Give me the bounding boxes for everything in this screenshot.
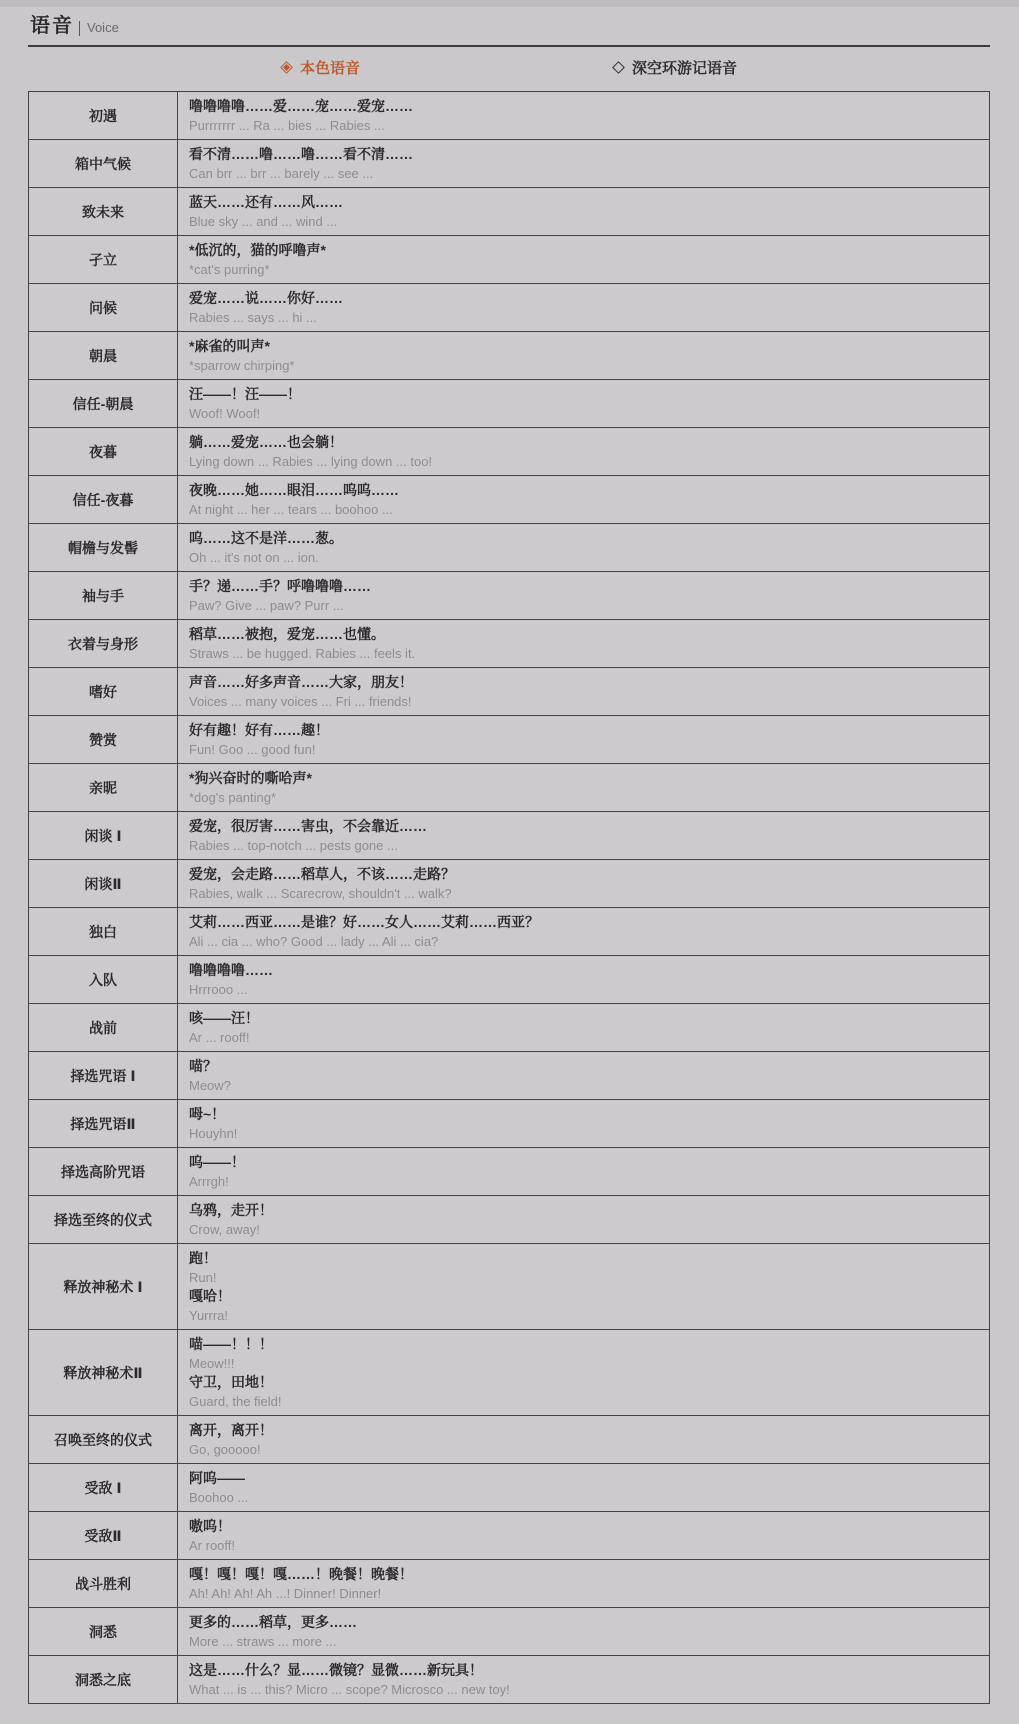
voice-line-text-en: Ah! Ah! Ah! Ah ...! Dinner! Dinner!	[189, 1584, 977, 1603]
voice-line-text-en: Run!	[189, 1268, 977, 1287]
table-row: 信任-夜暮夜晚……她……眼泪……呜呜……At night ... her ...…	[29, 476, 990, 524]
tab-original-voice[interactable]: 本色语音	[280, 57, 360, 78]
voice-table-body: 初遇噜噜噜噜……爱……宠……爱宠……Purrrrrrr ... Ra ... b…	[29, 92, 990, 1704]
table-row: 朝晨*麻雀的叫声**sparrow chirping*	[29, 332, 990, 380]
voice-line-text-en: Ali ... cia ... who? Good ... lady ... A…	[189, 932, 977, 951]
voice-line-name: 召唤至终的仪式	[29, 1416, 178, 1464]
voice-line-content: *狗兴奋时的嘶哈声**dog's panting*	[178, 764, 990, 812]
voice-line-text-en: Lying down ... Rabies ... lying down ...…	[189, 452, 977, 471]
voice-line-text-en: Ar rooff!	[189, 1536, 977, 1555]
voice-line-name: 闲谈 Ⅰ	[29, 812, 178, 860]
voice-line-text-cn: 更多的……稻草，更多……	[189, 1613, 977, 1632]
voice-line-content: 嗷呜！Ar rooff!	[178, 1512, 990, 1560]
voice-tab-bar: 本色语音 深空环游记语音	[28, 57, 990, 78]
table-row: 嗜好声音……好多声音……大家，朋友！Voices ... many voices…	[29, 668, 990, 716]
page-title-cn: 语音	[30, 15, 74, 37]
voice-line-text-cn: 爱宠，很厉害……害虫，不会靠近……	[189, 817, 977, 836]
voice-line-text-cn: 噜噜噜噜……爱……宠……爱宠……	[189, 97, 977, 116]
voice-line-name: 问候	[29, 284, 178, 332]
voice-line-content: 爱宠，会走路……稻草人，不该……走路？Rabies, walk ... Scar…	[178, 860, 990, 908]
voice-line-name: 独白	[29, 908, 178, 956]
voice-line-content: 稻草……被抱，爱宠……也懂。Straws ... be hugged. Rabi…	[178, 620, 990, 668]
table-row: 致未来蓝天……还有……风……Blue sky ... and ... wind …	[29, 188, 990, 236]
voice-line-text-cn: 稻草……被抱，爱宠……也懂。	[189, 625, 977, 644]
table-row: 帽檐与发髻呜……这不是洋……葱。Oh ... it's not on ... i…	[29, 524, 990, 572]
table-row: 择选咒语 Ⅰ喵？Meow?	[29, 1052, 990, 1100]
voice-line-text-cn: *狗兴奋时的嘶哈声*	[189, 769, 977, 788]
table-row: 释放神秘术Ⅱ喵——！！！Meow!!!守卫，田地！Guard, the fiel…	[29, 1330, 990, 1416]
voice-line-content: 爱宠，很厉害……害虫，不会靠近……Rabies ... top-notch ..…	[178, 812, 990, 860]
table-row: 战斗胜利嘎！嘎！嘎！嘎……！晚餐！晚餐！Ah! Ah! Ah! Ah ...! …	[29, 1560, 990, 1608]
page-title: 语音 Voice	[28, 15, 990, 47]
voice-line-name: 释放神秘术Ⅱ	[29, 1330, 178, 1416]
voice-line-name: 致未来	[29, 188, 178, 236]
voice-line-name: 初遇	[29, 92, 178, 140]
voice-line-text-en: Blue sky ... and ... wind ...	[189, 212, 977, 231]
voice-line-text-en: Crow, away!	[189, 1220, 977, 1239]
voice-line-text-cn: 喵？	[189, 1057, 977, 1076]
voice-line-text-cn: 呣~！	[189, 1105, 977, 1124]
voice-line-name: 嗜好	[29, 668, 178, 716]
voice-line-name: 夜暮	[29, 428, 178, 476]
title-divider	[79, 21, 80, 36]
voice-line-text-en: Yurrra!	[189, 1306, 977, 1325]
voice-line-name: 战前	[29, 1004, 178, 1052]
table-row: 衣着与身形稻草……被抱，爱宠……也懂。Straws ... be hugged.…	[29, 620, 990, 668]
page-title-en: Voice	[87, 20, 119, 35]
voice-line-text-cn: 爱宠……说……你好……	[189, 289, 977, 308]
voice-line-content: 噜噜噜噜……Hrrrooo ...	[178, 956, 990, 1004]
voice-line-content: 更多的……稻草，更多……More ... straws ... more ...	[178, 1608, 990, 1656]
table-row: 择选高阶咒语呜——！Arrrgh!	[29, 1148, 990, 1196]
diamond-filled-icon	[280, 61, 293, 74]
voice-line-name: 受敌Ⅱ	[29, 1512, 178, 1560]
voice-line-text-en: Straws ... be hugged. Rabies ... feels i…	[189, 644, 977, 663]
voice-line-text-cn: 阿呜——	[189, 1469, 977, 1488]
voice-line-name: 洞悉之底	[29, 1656, 178, 1704]
voice-line-text-en: Ar ... rooff!	[189, 1028, 977, 1047]
voice-line-name: 择选高阶咒语	[29, 1148, 178, 1196]
voice-line-content: 躺……爱宠……也会躺！Lying down ... Rabies ... lyi…	[178, 428, 990, 476]
voice-line-content: 喵——！！！Meow!!!守卫，田地！Guard, the field!	[178, 1330, 990, 1416]
voice-line-text-cn: *麻雀的叫声*	[189, 337, 977, 356]
voice-line-name: 朝晨	[29, 332, 178, 380]
voice-line-text-en: At night ... her ... tears ... boohoo ..…	[189, 500, 977, 519]
voice-line-content: 喵？Meow?	[178, 1052, 990, 1100]
voice-line-name: 洞悉	[29, 1608, 178, 1656]
table-row: 洞悉之底这是……什么？显……微镜？显微……新玩具！What ... is ...…	[29, 1656, 990, 1704]
voice-line-text-en: Hrrrooo ...	[189, 980, 977, 999]
table-row: 战前咳——汪！Ar ... rooff!	[29, 1004, 990, 1052]
voice-line-text-en: More ... straws ... more ...	[189, 1632, 977, 1651]
voice-line-content: 呜……这不是洋……葱。Oh ... it's not on ... ion.	[178, 524, 990, 572]
table-row: 初遇噜噜噜噜……爱……宠……爱宠……Purrrrrrr ... Ra ... b…	[29, 92, 990, 140]
voice-line-content: 呜——！Arrrgh!	[178, 1148, 990, 1196]
voice-line-name: 信任-朝晨	[29, 380, 178, 428]
voice-line-name: 箱中气候	[29, 140, 178, 188]
voice-line-text-cn: 手？递……手？呼噜噜噜……	[189, 577, 977, 596]
voice-line-text-cn: 蓝天……还有……风……	[189, 193, 977, 212]
voice-line-text-en: Purrrrrrr ... Ra ... bies ... Rabies ...	[189, 116, 977, 135]
voice-line-text-cn: 守卫，田地！	[189, 1373, 977, 1392]
voice-line-text-cn: 看不清……噜……噜……看不清……	[189, 145, 977, 164]
voice-line-text-en: *cat's purring*	[189, 260, 977, 279]
voice-line-content: 离开，离开！Go, gooooo!	[178, 1416, 990, 1464]
voice-line-content: 咳——汪！Ar ... rooff!	[178, 1004, 990, 1052]
voice-table: 初遇噜噜噜噜……爱……宠……爱宠……Purrrrrrr ... Ra ... b…	[28, 91, 990, 1704]
voice-line-content: 爱宠……说……你好……Rabies ... says ... hi ...	[178, 284, 990, 332]
voice-line-content: 这是……什么？显……微镜？显微……新玩具！What ... is ... thi…	[178, 1656, 990, 1704]
voice-line-text-cn: 呜……这不是洋……葱。	[189, 529, 977, 548]
voice-line-content: 艾莉……西亚……是谁？好……女人……艾莉……西亚？Ali ... cia ...…	[178, 908, 990, 956]
table-row: 择选咒语Ⅱ呣~！Houyhn!	[29, 1100, 990, 1148]
tab-original-voice-label: 本色语音	[300, 57, 360, 78]
table-row: 洞悉更多的……稻草，更多……More ... straws ... more .…	[29, 1608, 990, 1656]
voice-line-text-en: Fun! Goo ... good fun!	[189, 740, 977, 759]
voice-line-text-cn: 喵——！！！	[189, 1335, 977, 1354]
table-row: 受敌 Ⅰ阿呜——Boohoo ...	[29, 1464, 990, 1512]
voice-line-content: 噜噜噜噜……爱……宠……爱宠……Purrrrrrr ... Ra ... bie…	[178, 92, 990, 140]
voice-line-text-en: Rabies ... says ... hi ...	[189, 308, 977, 327]
table-row: 袖与手手？递……手？呼噜噜噜……Paw? Give ... paw? Purr …	[29, 572, 990, 620]
table-row: 独白艾莉……西亚……是谁？好……女人……艾莉……西亚？Ali ... cia .…	[29, 908, 990, 956]
voice-line-text-en: Voices ... many voices ... Fri ... frien…	[189, 692, 977, 711]
voice-line-name: 闲谈Ⅱ	[29, 860, 178, 908]
voice-line-name: 孑立	[29, 236, 178, 284]
voice-line-text-cn: 离开，离开！	[189, 1421, 977, 1440]
voice-line-name: 择选咒语 Ⅰ	[29, 1052, 178, 1100]
voice-line-content: 看不清……噜……噜……看不清……Can brr ... brr ... bare…	[178, 140, 990, 188]
table-row: 受敌Ⅱ嗷呜！Ar rooff!	[29, 1512, 990, 1560]
voice-line-text-cn: *低沉的，猫的呼噜声*	[189, 241, 977, 260]
table-row: 信任-朝晨汪——！汪——！Woof! Woof!	[29, 380, 990, 428]
voice-line-text-cn: 艾莉……西亚……是谁？好……女人……艾莉……西亚？	[189, 913, 977, 932]
voice-line-name: 战斗胜利	[29, 1560, 178, 1608]
voice-line-name: 择选至终的仪式	[29, 1196, 178, 1244]
voice-line-text-cn: 汪——！汪——！	[189, 385, 977, 404]
voice-line-text-cn: 声音……好多声音……大家，朋友！	[189, 673, 977, 692]
table-row: 问候爱宠……说……你好……Rabies ... says ... hi ...	[29, 284, 990, 332]
voice-line-text-en: *dog's panting*	[189, 788, 977, 807]
voice-line-text-cn: 夜晚……她……眼泪……呜呜……	[189, 481, 977, 500]
voice-page: 语音 Voice 本色语音 深空环游记语音 初遇噜噜噜噜……爱……宠……爱宠………	[0, 7, 1019, 1724]
table-row: 闲谈 Ⅰ爱宠，很厉害……害虫，不会靠近……Rabies ... top-notc…	[29, 812, 990, 860]
voice-line-name: 择选咒语Ⅱ	[29, 1100, 178, 1148]
voice-line-name: 赞赏	[29, 716, 178, 764]
voice-line-name: 亲昵	[29, 764, 178, 812]
voice-line-name: 入队	[29, 956, 178, 1004]
voice-line-text-en: Guard, the field!	[189, 1392, 977, 1411]
voice-line-text-cn: 这是……什么？显……微镜？显微……新玩具！	[189, 1661, 977, 1680]
voice-line-content: 手？递……手？呼噜噜噜……Paw? Give ... paw? Purr ...	[178, 572, 990, 620]
voice-line-content: 声音……好多声音……大家，朋友！Voices ... many voices .…	[178, 668, 990, 716]
voice-line-name: 信任-夜暮	[29, 476, 178, 524]
voice-line-content: 夜晚……她……眼泪……呜呜……At night ... her ... tear…	[178, 476, 990, 524]
voice-line-content: 跑！Run!嘎哈！Yurrra!	[178, 1244, 990, 1330]
voice-line-content: 阿呜——Boohoo ...	[178, 1464, 990, 1512]
voice-line-text-en: Oh ... it's not on ... ion.	[189, 548, 977, 567]
tab-event-voice-label: 深空环游记语音	[632, 57, 737, 78]
voice-line-text-en: Paw? Give ... paw? Purr ...	[189, 596, 977, 615]
voice-line-content: 呣~！Houyhn!	[178, 1100, 990, 1148]
table-row: 箱中气候看不清……噜……噜……看不清……Can brr ... brr ... …	[29, 140, 990, 188]
voice-line-text-en: What ... is ... this? Micro ... scope? M…	[189, 1680, 977, 1699]
voice-line-text-en: Meow?	[189, 1076, 977, 1095]
voice-line-name: 释放神秘术 Ⅰ	[29, 1244, 178, 1330]
table-row: 赞赏好有趣！好有……趣！Fun! Goo ... good fun!	[29, 716, 990, 764]
voice-line-content: 乌鸦，走开！Crow, away!	[178, 1196, 990, 1244]
voice-line-content: 汪——！汪——！Woof! Woof!	[178, 380, 990, 428]
voice-line-text-cn: 呜——！	[189, 1153, 977, 1172]
voice-line-text-cn: 嘎！嘎！嘎！嘎……！晚餐！晚餐！	[189, 1565, 977, 1584]
voice-line-name: 帽檐与发髻	[29, 524, 178, 572]
voice-line-name: 受敌 Ⅰ	[29, 1464, 178, 1512]
voice-line-text-cn: 咳——汪！	[189, 1009, 977, 1028]
table-row: 闲谈Ⅱ爱宠，会走路……稻草人，不该……走路？Rabies, walk ... S…	[29, 860, 990, 908]
table-row: 夜暮躺……爱宠……也会躺！Lying down ... Rabies ... l…	[29, 428, 990, 476]
voice-line-name: 衣着与身形	[29, 620, 178, 668]
voice-line-content: *低沉的，猫的呼噜声**cat's purring*	[178, 236, 990, 284]
diamond-hollow-icon	[612, 61, 625, 74]
voice-line-text-en: Woof! Woof!	[189, 404, 977, 423]
voice-line-text-en: Arrrgh!	[189, 1172, 977, 1191]
voice-line-text-cn: 跑！	[189, 1249, 977, 1268]
voice-line-text-en: Meow!!!	[189, 1354, 977, 1373]
voice-line-content: 蓝天……还有……风……Blue sky ... and ... wind ...	[178, 188, 990, 236]
tab-event-voice[interactable]: 深空环游记语音	[612, 57, 737, 78]
voice-line-text-cn: 好有趣！好有……趣！	[189, 721, 977, 740]
voice-line-text-en: *sparrow chirping*	[189, 356, 977, 375]
voice-line-text-cn: 爱宠，会走路……稻草人，不该……走路？	[189, 865, 977, 884]
voice-line-text-cn: 噜噜噜噜……	[189, 961, 977, 980]
voice-line-text-en: Rabies, walk ... Scarecrow, shouldn't ..…	[189, 884, 977, 903]
table-row: 亲昵*狗兴奋时的嘶哈声**dog's panting*	[29, 764, 990, 812]
voice-line-text-cn: 乌鸦，走开！	[189, 1201, 977, 1220]
voice-line-text-en: Go, gooooo!	[189, 1440, 977, 1459]
table-row: 入队噜噜噜噜……Hrrrooo ...	[29, 956, 990, 1004]
table-row: 释放神秘术 Ⅰ跑！Run!嘎哈！Yurrra!	[29, 1244, 990, 1330]
voice-line-content: 嘎！嘎！嘎！嘎……！晚餐！晚餐！Ah! Ah! Ah! Ah ...! Dinn…	[178, 1560, 990, 1608]
voice-line-text-en: Houyhn!	[189, 1124, 977, 1143]
voice-line-text-en: Rabies ... top-notch ... pests gone ...	[189, 836, 977, 855]
table-row: 孑立*低沉的，猫的呼噜声**cat's purring*	[29, 236, 990, 284]
voice-line-text-cn: 躺……爱宠……也会躺！	[189, 433, 977, 452]
voice-line-text-cn: 嗷呜！	[189, 1517, 977, 1536]
voice-line-text-en: Boohoo ...	[189, 1488, 977, 1507]
voice-line-content: 好有趣！好有……趣！Fun! Goo ... good fun!	[178, 716, 990, 764]
voice-line-content: *麻雀的叫声**sparrow chirping*	[178, 332, 990, 380]
table-row: 召唤至终的仪式离开，离开！Go, gooooo!	[29, 1416, 990, 1464]
voice-line-text-cn: 嘎哈！	[189, 1287, 977, 1306]
table-row: 择选至终的仪式乌鸦，走开！Crow, away!	[29, 1196, 990, 1244]
top-divider	[0, 0, 1019, 7]
voice-line-text-en: Can brr ... brr ... barely ... see ...	[189, 164, 977, 183]
voice-line-name: 袖与手	[29, 572, 178, 620]
